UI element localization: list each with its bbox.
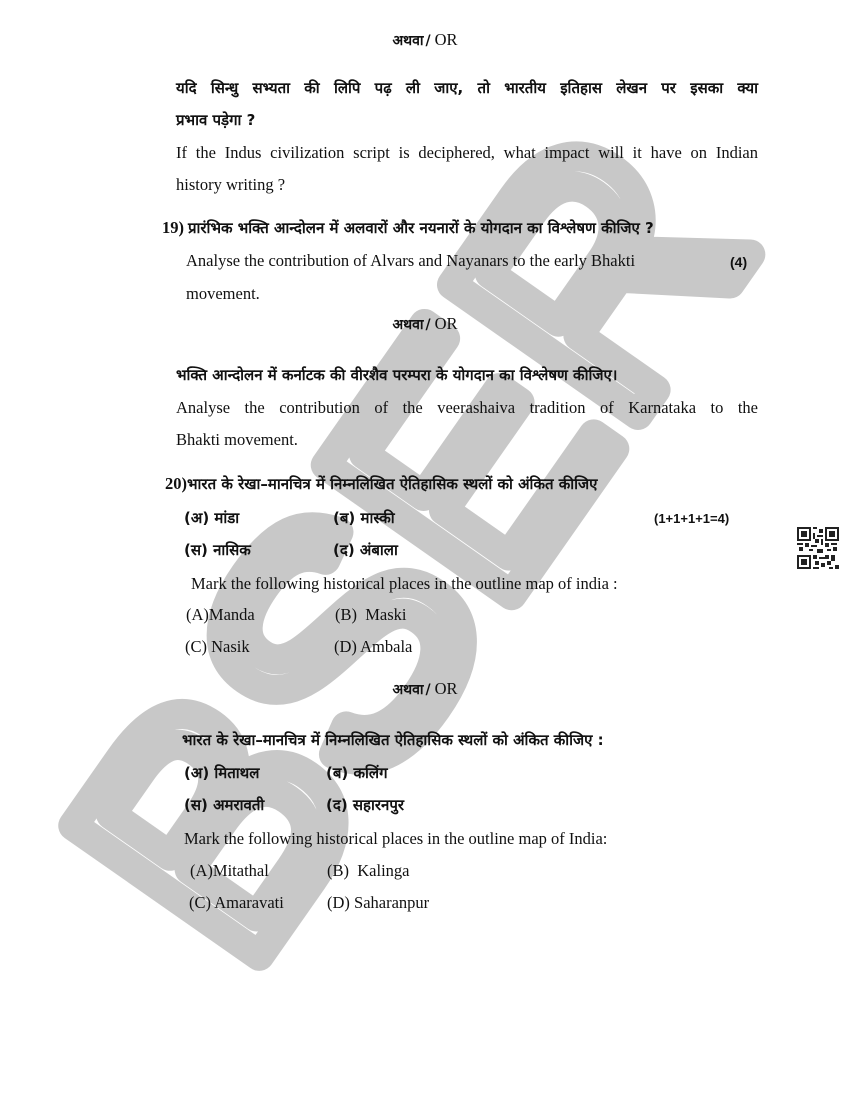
q20-english-option-a: (A)Manda <box>186 605 255 625</box>
q20-alt-english-option-b: (B) Kalinga <box>327 861 409 881</box>
exam-page: BSER अथवा/OR यदि सिन्धु सभ्यता की लिपि प… <box>0 0 850 1100</box>
or-separator: / <box>426 682 431 698</box>
q18-alt-hindi-line2: प्रभाव पड़ेगा ? <box>176 110 255 130</box>
q20-english: Mark the following historical places in … <box>191 574 618 594</box>
q20-alt-hindi-option-c: (स) अमरावती <box>184 795 264 815</box>
qr-code-icon <box>797 527 839 569</box>
q19-english-line2: movement. <box>186 284 260 304</box>
q18-alt-english-line1: If the Indus civilization script is deci… <box>176 143 758 163</box>
q20-hindi-option-b: (ब) मास्की <box>333 508 395 528</box>
question-number: 20) <box>165 474 187 493</box>
q20-english-option-c: (C) Nasik <box>185 637 250 657</box>
q20-alt-hindi: भारत के रेखा–मानचित्र में निम्नलिखित ऐति… <box>182 730 604 750</box>
or-label-english: OR <box>435 679 458 698</box>
q20-alt-hindi-option-b: (ब) कलिंग <box>326 763 388 783</box>
or-label-english: OR <box>435 314 458 333</box>
question-number: 19) <box>162 218 184 237</box>
q20-alt-english: Mark the following historical places in … <box>184 829 607 849</box>
q20-alt-english-option-c: (C) Amaravati <box>189 893 284 913</box>
or-label-hindi: अथवा <box>392 317 423 333</box>
or-separator: / <box>426 317 431 333</box>
or-separator: / <box>426 33 431 49</box>
q20-alt-english-option-d: (D) Saharanpur <box>327 893 429 913</box>
q20-hindi-option-a: (अ) मांडा <box>184 508 239 528</box>
q20-alt-hindi-option-d: (द) सहारनपुर <box>326 795 404 815</box>
q19-hindi: 19) प्रारंभिक भक्ति आन्दोलन में अलवारों … <box>162 218 654 239</box>
or-label-hindi: अथवा <box>392 682 423 698</box>
q19-alt-english-line2: Bhakti movement. <box>176 430 298 450</box>
q19-english-line1: Analyse the contribution of Alvars and N… <box>186 251 635 271</box>
or-divider-q18: अथवा/OR <box>0 30 850 51</box>
q18-alt-english-line2: history writing ? <box>176 175 285 195</box>
q20-hindi-option-c: (स) नासिक <box>184 540 251 560</box>
or-label-hindi: अथवा <box>392 33 423 49</box>
or-divider-q20: अथवा/OR <box>0 679 850 700</box>
q20-alt-english-option-a: (A)Mitathal <box>190 861 269 881</box>
q20-english-option-b: (B) Maski <box>335 605 407 625</box>
or-divider-q19: अथवा/OR <box>0 314 850 335</box>
q18-alt-hindi-line1: यदि सिन्धु सभ्यता की लिपि पढ़ ली जाए, तो… <box>176 78 758 98</box>
q19-hindi-text: प्रारंभिक भक्ति आन्दोलन में अलवारों और न… <box>188 219 654 237</box>
q20-hindi-option-d: (द) अंबाला <box>333 540 398 560</box>
q20-hindi: 20)भारत के रेखा–मानचित्र में निम्नलिखित … <box>165 474 597 495</box>
q20-marks: (1+1+1+1=4) <box>654 509 729 529</box>
q20-hindi-text: भारत के रेखा–मानचित्र में निम्नलिखित ऐति… <box>187 475 597 493</box>
q20-alt-hindi-option-a: (अ) मिताथल <box>184 763 259 783</box>
q19-alt-hindi: भक्ति आन्दोलन में कर्नाटक की वीरशैव परम्… <box>176 365 617 385</box>
q19-alt-english-line1: Analyse the contribution of the veerasha… <box>176 398 758 418</box>
q19-marks: (4) <box>730 252 747 272</box>
or-label-english: OR <box>435 30 458 49</box>
q20-english-option-d: (D) Ambala <box>334 637 412 657</box>
